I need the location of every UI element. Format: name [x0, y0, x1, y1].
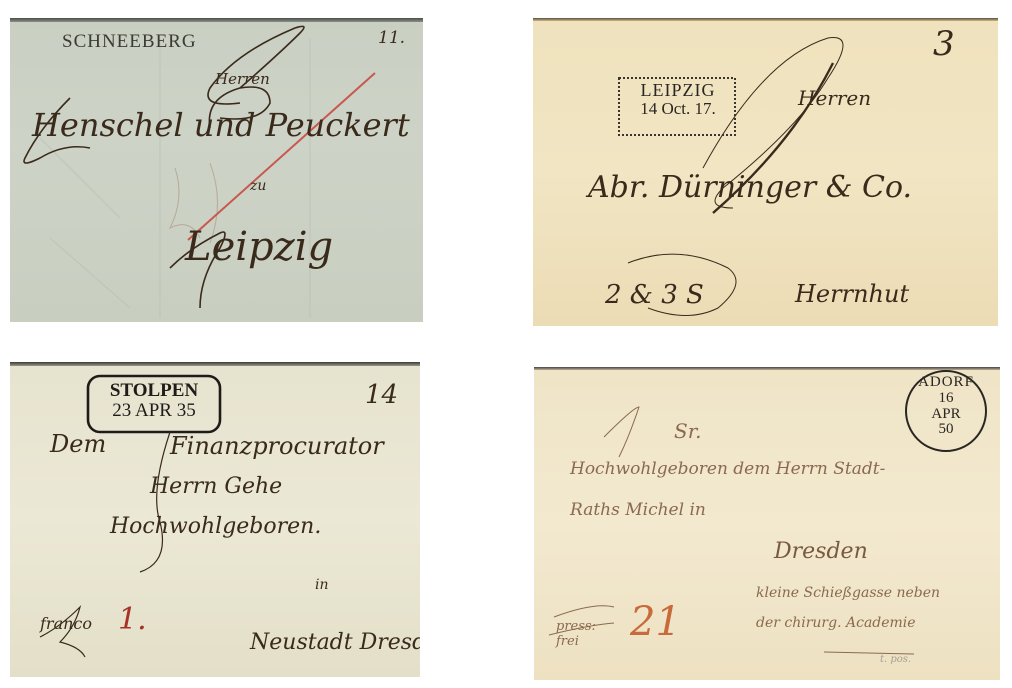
annotation: 2 & 3 S	[605, 280, 704, 310]
pencil-note: t. pos.	[880, 654, 911, 665]
rate-mark: 3	[933, 24, 955, 64]
postmark-town: LEIPZIG	[623, 81, 733, 100]
letter-cover-adorf: ADORF 16 APR 50 Sr. Hochwohlgeboren dem …	[534, 367, 1000, 680]
postmark-date: 23 APR 35	[90, 401, 218, 421]
address-city: Dresden	[774, 539, 868, 564]
address-salutation: Dem	[50, 430, 106, 458]
franking-label: franco	[40, 614, 92, 633]
postmark-leipzig: LEIPZIG 14 Oct. 17.	[623, 81, 733, 118]
rate-mark: 11.	[378, 28, 405, 48]
address-line2: Herrn Gehe	[150, 474, 282, 499]
rate-mark: 14	[365, 380, 398, 410]
franking-label: press: frei	[556, 619, 606, 649]
postmark-town: STOLPEN	[90, 381, 218, 401]
letter-cover-stolpen: STOLPEN 23 APR 35 14 Dem Finanzprocurato…	[10, 362, 420, 677]
address-salutation: Herren	[798, 86, 871, 110]
postmark-town: ADORF	[906, 375, 986, 391]
letter-cover-schneeberg: SCHNEEBERG 11. Herren Henschel und Peuck…	[10, 18, 423, 322]
address-city: Leipzig	[185, 224, 333, 270]
letter-cover-leipzig: LEIPZIG 14 Oct. 17. 3 Herren Abr. Dürnin…	[533, 18, 998, 326]
franking-value: 1.	[118, 602, 147, 637]
address-name: Henschel und Peuckert	[32, 106, 410, 144]
postmark-adorf: ADORF 16 APR 50	[906, 375, 986, 438]
franking-value: 21	[630, 599, 681, 645]
red-rate-stroke	[188, 73, 375, 240]
postmark-date: 14 Oct. 17.	[623, 100, 733, 118]
postmark-schneeberg: SCHNEEBERG	[62, 32, 197, 52]
address-line2: Raths Michel in	[570, 500, 706, 520]
address-line3: kleine Schießgasse neben	[756, 585, 940, 601]
address-salutation: Herren	[215, 70, 270, 88]
postmark-month: APR	[906, 407, 986, 423]
address-line1: Finanzprocurator	[170, 432, 384, 460]
address-line1: Hochwohlgeboren dem Herrn Stadt-	[570, 459, 885, 479]
address-preposition: zu	[250, 178, 266, 194]
address-line3: Hochwohlgeboren.	[110, 514, 321, 539]
address-city: Neustadt Dresden.	[250, 630, 420, 655]
address-line4: der chirurg. Academie	[756, 615, 916, 631]
postmark-stolpen: STOLPEN 23 APR 35	[90, 381, 218, 421]
address-preposition: in	[315, 577, 329, 593]
address-city: Herrnhut	[795, 280, 909, 308]
postmark-day: 16	[906, 391, 986, 407]
address-salutation: Sr.	[674, 419, 701, 443]
paper-texture-lines	[10, 18, 423, 322]
address-name: Abr. Dürninger & Co.	[588, 170, 912, 205]
postmark-year: 50	[906, 422, 986, 438]
